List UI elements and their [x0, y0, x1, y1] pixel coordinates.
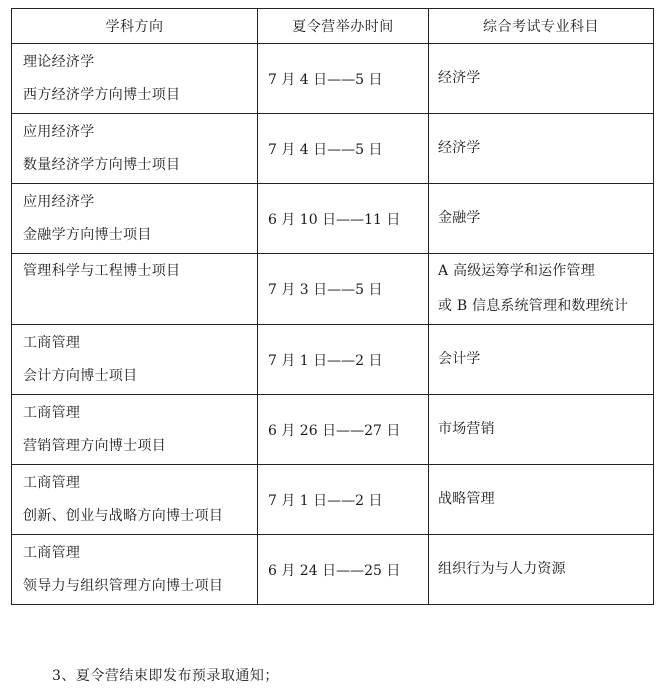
table-header-row: 学科方向 夏令营举办时间 综合考试专业科目	[12, 9, 654, 44]
subject-cell: 战略管理	[429, 465, 654, 535]
program-label: 金融学方向博士项目	[23, 219, 257, 252]
subject-cell: A 高级运筹学和运作管理 或 B 信息系统管理和数理统计	[429, 254, 654, 325]
date-cell: 6 月 10 日——11 日	[258, 184, 429, 254]
spacer	[23, 289, 257, 322]
discipline-label: 工商管理	[23, 467, 257, 500]
program-label: 创新、创业与战略方向博士项目	[23, 500, 257, 533]
date-cell: 7 月 1 日——2 日	[258, 325, 429, 395]
direction-cell: 工商管理 营销管理方向博士项目	[12, 395, 258, 465]
admission-note: 3、夏令营结束即发布预录取通知；	[52, 665, 279, 685]
subject-cell: 组织行为与人力资源	[429, 535, 654, 605]
program-label: 营销管理方向博士项目	[23, 430, 257, 463]
table-row: 工商管理 营销管理方向博士项目 6 月 26 日——27 日 市场营销	[12, 395, 654, 465]
date-cell: 7 月 4 日——5 日	[258, 114, 429, 184]
subject-label: 金融学	[438, 201, 653, 236]
direction-cell: 理论经济学 西方经济学方向博士项目	[12, 44, 258, 114]
table-row: 理论经济学 西方经济学方向博士项目 7 月 4 日——5 日 经济学	[12, 44, 654, 114]
discipline-label: 应用经济学	[23, 186, 257, 219]
direction-cell: 工商管理 创新、创业与战略方向博士项目	[12, 465, 258, 535]
discipline-label: 工商管理	[23, 327, 257, 360]
date-cell: 6 月 26 日——27 日	[258, 395, 429, 465]
table-row: 工商管理 领导力与组织管理方向博士项目 6 月 24 日——25 日 组织行为与…	[12, 535, 654, 605]
direction-cell: 工商管理 会计方向博士项目	[12, 325, 258, 395]
table-row: 应用经济学 数量经济学方向博士项目 7 月 4 日——5 日 经济学	[12, 114, 654, 184]
table-row: 应用经济学 金融学方向博士项目 6 月 10 日——11 日 金融学	[12, 184, 654, 254]
direction-cell: 应用经济学 数量经济学方向博士项目	[12, 114, 258, 184]
date-cell: 7 月 3 日——5 日	[258, 254, 429, 325]
program-label: 领导力与组织管理方向博士项目	[23, 570, 257, 603]
program-label: 西方经济学方向博士项目	[23, 79, 257, 112]
discipline-label: 工商管理	[23, 397, 257, 430]
subject-label: 会计学	[438, 342, 653, 377]
subject-cell: 会计学	[429, 325, 654, 395]
header-date: 夏令营举办时间	[258, 9, 429, 44]
subject-label: 市场营销	[438, 412, 653, 447]
subject-cell: 经济学	[429, 114, 654, 184]
subject-label: 或 B 信息系统管理和数理统计	[438, 289, 653, 324]
table-row: 管理科学与工程博士项目 7 月 3 日——5 日 A 高级运筹学和运作管理 或 …	[12, 254, 654, 325]
subject-label: 经济学	[438, 131, 653, 166]
direction-cell: 应用经济学 金融学方向博士项目	[12, 184, 258, 254]
summer-camp-schedule-table: 学科方向 夏令营举办时间 综合考试专业科目 理论经济学 西方经济学方向博士项目 …	[11, 8, 654, 605]
program-label: 会计方向博士项目	[23, 360, 257, 393]
table-row: 工商管理 创新、创业与战略方向博士项目 7 月 1 日——2 日 战略管理	[12, 465, 654, 535]
program-label: 数量经济学方向博士项目	[23, 149, 257, 182]
date-cell: 7 月 1 日——2 日	[258, 465, 429, 535]
table-row: 工商管理 会计方向博士项目 7 月 1 日——2 日 会计学	[12, 325, 654, 395]
header-subject: 综合考试专业科目	[429, 9, 654, 44]
subject-label: 战略管理	[438, 482, 653, 517]
subject-label: A 高级运筹学和运作管理	[438, 254, 653, 289]
discipline-label: 应用经济学	[23, 116, 257, 149]
subject-label: 组织行为与人力资源	[438, 552, 653, 587]
date-cell: 6 月 24 日——25 日	[258, 535, 429, 605]
direction-cell: 工商管理 领导力与组织管理方向博士项目	[12, 535, 258, 605]
subject-cell: 金融学	[429, 184, 654, 254]
subject-cell: 经济学	[429, 44, 654, 114]
header-direction: 学科方向	[12, 9, 258, 44]
discipline-label: 工商管理	[23, 537, 257, 570]
program-label: 管理科学与工程博士项目	[23, 256, 257, 289]
date-cell: 7 月 4 日——5 日	[258, 44, 429, 114]
direction-cell: 管理科学与工程博士项目	[12, 254, 258, 325]
subject-cell: 市场营销	[429, 395, 654, 465]
discipline-label: 理论经济学	[23, 46, 257, 79]
subject-label: 经济学	[438, 61, 653, 96]
